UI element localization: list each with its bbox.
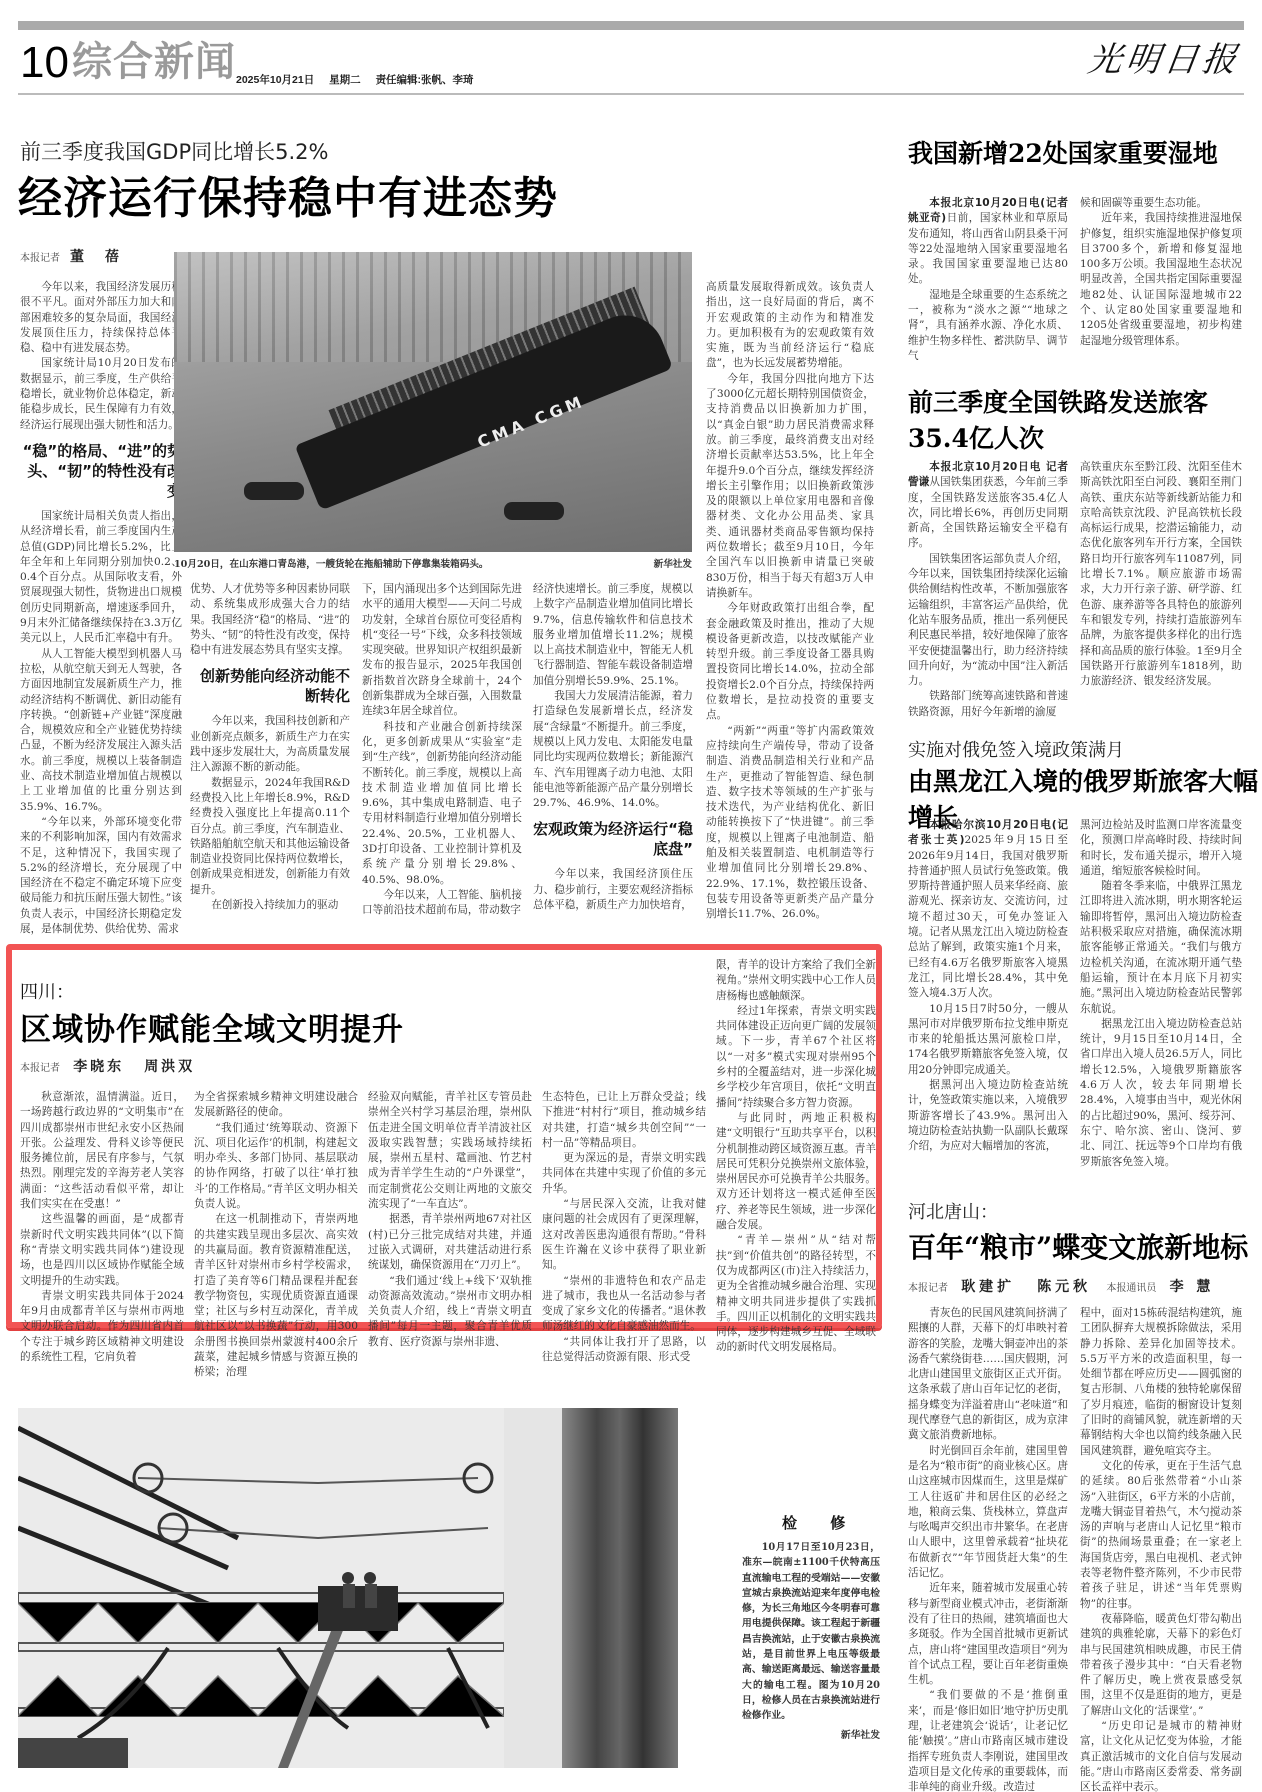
author-name: 陈元秋 [1037, 1279, 1091, 1295]
gdp-column-4: 经济快速增长。前三季度，规模以上数字产品制造业增加值同比增长9.7%，信息传输软… [533, 582, 693, 913]
sichuan-column-4: 生态特色，已让上万群众受益；线下推进“村村行”项目，推动城乡结对共建，打造“城乡… [542, 1090, 706, 1365]
page-number: 10 [20, 38, 69, 88]
russia-column-2: 黑河边检站及时监测口岸客流量变化，预测口岸高峰时段、持续时间和时长，发布通关提示… [1080, 818, 1242, 1170]
cargo-ship-photo[interactable]: CMA CGM [174, 252, 692, 552]
section-name: 综合新闻 [72, 36, 236, 88]
date-line: 2025年10月21日 星期二 责任编辑:张帆、李琦 [236, 72, 486, 87]
sichuan-column-1: 秋意渐浓，温情满溢。近日，一场跨越行政边界的“文明集市”在四川成都崇州市世纪永安… [20, 1090, 184, 1365]
ship-photo-caption: 10月20日，在山东港口青岛港，一艘货轮在拖船辅助下停靠集装箱码头。 新华社发 [174, 556, 692, 570]
rail-column-1: 本报北京10月20日电 记者訾谦从国铁集团获悉，今年前三季度，全国铁路发送旅客3… [908, 460, 1068, 720]
tugboat [244, 482, 304, 500]
author-name: 董 蓓 [70, 249, 127, 265]
author-name: 耿建扩 [961, 1279, 1015, 1295]
gdp-subhead-3: 宏观政策为经济运行“稳底盘” [533, 819, 693, 859]
gdp-subhead-1: “稳”的格局、“进”的势头、“韧”的特性没有改变 [20, 441, 182, 501]
gdp-column-5: 高质量发展取得新成效。该负责人指出，这一良好局面的背后，离不开宏观政策的主动作为… [706, 280, 874, 922]
gdp-byline: 本报记者董 蓓 [20, 246, 127, 266]
tugboat [504, 502, 564, 520]
sichuan-column-2: 为全省探索城乡精神文明建设融合发展新路径的使命。 “我们通过‘统筹联动、资源下沉… [194, 1090, 358, 1381]
issue-weekday: 星期二 [329, 74, 361, 86]
russia-kicker: 实施对俄免签入境政策满月 [908, 736, 1124, 762]
sichuan-column-3: 经验双向赋能，青羊社区专管员赴崇州全兴村学习基层治理，崇州队伍走进全国文明单位青… [368, 1090, 532, 1350]
sichuan-column-5: 限，青羊的设计方案给了我们全新视角。”崇州文明实践中心工作人员唐杨梅也感触颇深。… [716, 958, 876, 1356]
russia-column-1: 本报哈尔滨10月20日电(记者张士英)2025年9月15日至2026年9月14日… [908, 818, 1068, 1155]
tangshan-column-2: 程中，面对15栋砖混结构建筑，施工团队摒弃大规模拆除做法，采用静力拆除、差异化加… [1080, 1306, 1242, 1792]
power-grid-illustration [18, 1408, 504, 1768]
wetland-column-2: 候和固碳等重要生态功能。 近年来，我国持续推进湿地保护修复，组织实施湿地保护修复… [1080, 196, 1242, 349]
sichuan-headline[interactable]: 区域协作赋能全域文明提升 [20, 1004, 404, 1049]
tangshan-kicker: 河北唐山： [908, 1198, 998, 1224]
gdp-headline[interactable]: 经济运行保持稳中有进态势 [18, 162, 558, 226]
masthead-top-bar [18, 21, 1244, 30]
issue-date: 2025年10月21日 [236, 74, 314, 86]
substation-photo-pipes [504, 1408, 562, 1768]
tangshan-headline[interactable]: 百年“粮市”蝶变文旅新地标 [908, 1226, 1248, 1266]
tangshan-column-1: 青灰色的民国风建筑间挤满了熙攘的人群，天幕下的灯串映衬着游客的笑脸，龙嘴大铜壶冲… [908, 1306, 1068, 1792]
sichuan-byline: 本报记者 李晓东周洪双 [20, 1056, 205, 1076]
rail-column-2: 高铁重庆东至黔江段、沈阳至佳木斯高铁沈阳至白河段、襄阳至荆门高铁、重庆东站等新线… [1080, 460, 1242, 689]
author-name: 李 慧 [1170, 1279, 1215, 1295]
photo-credit: 新华社发 [654, 556, 692, 570]
gdp-column-2: 优势、人才优势等多种因素协同联动、系统集成形成强大合力的结果。我国经济“稳”的格… [190, 582, 350, 913]
gdp-subhead-2: 创新势能向经济动能不断转化 [190, 666, 350, 706]
wetland-column-1: 本报北京10月20日电(记者姚亚奇)日前，国家林业和草原局发布通知，将山西省山阴… [908, 196, 1068, 364]
photo-credit: 新华社发 [742, 1728, 880, 1743]
inspection-photo-caption: 10月17日至10月23日，准东—皖南±1100千伏特高压直流输电工程的受端站—… [742, 1540, 880, 1743]
author-name: 李晓东 [73, 1059, 124, 1075]
masthead-rule [18, 93, 1244, 95]
author-name: 周洪双 [144, 1059, 195, 1075]
tangshan-byline: 本报记者 耿建扩陈元秋 本报通讯员 李 慧 [908, 1276, 1226, 1296]
sichuan-kicker: 四川： [20, 978, 74, 1004]
substation-photo-insulators [562, 1408, 678, 1768]
substation-inspection-photo[interactable] [18, 1408, 504, 1768]
gdp-column-1: 今年以来，我国经济发展历程很不平凡。面对外部压力加大和内部困难较多的复杂局面，我… [20, 280, 182, 937]
newspaper-logo: 光明日报 [1085, 38, 1243, 82]
lift-basket [318, 1586, 398, 1631]
wetland-headline[interactable]: 我国新增22处国家重要湿地 [908, 134, 1218, 170]
editors: 责任编辑:张帆、李琦 [376, 74, 474, 86]
gdp-column-3: 下，国内涌现出多个达到国际先进水平的通用大模型——天问二号成功发射，全球首台原位… [362, 582, 522, 919]
inspection-photo-title: 检 修 [782, 1512, 859, 1533]
rail-headline[interactable]: 前三季度全国铁路发送旅客35.4亿人次 [908, 383, 1262, 455]
